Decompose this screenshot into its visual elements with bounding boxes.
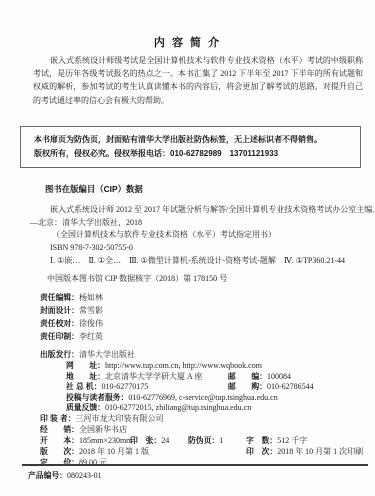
staff-row-proofreader: 责任校对：徐俊伟 [40, 318, 103, 329]
cip-series-note: （全国计算机技术与软件专业技术资格（水平）考试指定用书） [52, 229, 276, 240]
quality-feedback-value: 010-62772015, zhiliang@tup.tsinghua.edu.… [105, 403, 251, 412]
cover-design-label: 封面设计： [40, 306, 79, 315]
website-label: 网 址： [66, 361, 105, 370]
footer-divider-line [22, 464, 368, 466]
proofreader-label: 责任校对： [40, 319, 79, 328]
address-row: 地 址：北京清华大学学研大厦 A 座 [66, 371, 202, 382]
cip-heading: 图书在版编目（CIP）数据 [45, 184, 143, 195]
anti-fake-pages-row: 防伪页：1 [188, 435, 223, 446]
impression-label: 印 次： [246, 447, 277, 456]
anti-fake-pages-label: 防伪页： [188, 436, 219, 445]
printer-value: 三河市龙大印装有限公司 [76, 414, 164, 423]
word-count-row: 字 数：512 千字 [246, 435, 307, 446]
word-count-label: 字 数： [246, 436, 277, 445]
postcode-row: 邮 编：100084 [228, 371, 291, 382]
address-label: 地 址： [66, 372, 105, 381]
anti-piracy-line-1: 本书扉页为防伪页，封面贴有清华大学出版社防伪标签，无上述标识者不得销售。 [34, 133, 352, 147]
staff-row-print-supervisor: 责任印制：李红英 [40, 331, 103, 342]
website-urls: http://www.tup.com.cn, http://www.wqbook… [105, 361, 262, 370]
switchboard-label: 社 总 机： [66, 382, 102, 391]
editor-name: 杨如林 [79, 293, 103, 302]
quality-feedback-row: 质量反馈：010-62772015, zhiliang@tup.tsinghua… [66, 402, 251, 413]
print-supervisor-label: 责任印制： [40, 332, 79, 341]
distributor-value: 全国新华书店 [79, 425, 127, 434]
quality-feedback-label: 质量反馈： [66, 403, 105, 412]
mail-order-label: 邮 购： [228, 382, 267, 391]
reader-service-label: 投稿与读者服务： [66, 393, 128, 402]
website-row: 网 址：http://www.tup.com.cn, http://www.wq… [66, 360, 262, 371]
switchboard-row: 社 总 机：010-62770175 [66, 381, 148, 392]
staff-row-editor: 责任编辑：杨如林 [40, 292, 103, 303]
anti-piracy-notice-box: 本书扉页为防伪页，封面贴有清华大学出版社防伪标签，无上述标识者不得销售。 版权所… [20, 126, 361, 168]
copyright-page: 内 容 简 介 嵌入式系统设计师级考试是全国计算机技术与软件专业技术资格（水平）… [0, 0, 375, 496]
product-number-row: 产品编号：080243-01 [28, 470, 102, 481]
proofreader-name: 徐俊伟 [79, 319, 103, 328]
postcode-label: 邮 编： [228, 372, 267, 381]
anti-fake-pages-value: 1 [219, 436, 223, 445]
reader-service-value: 010-62776969, c-service@tup.tsinghua.edu… [128, 393, 277, 402]
printer-label: 印 装 者： [40, 414, 76, 423]
postcode-value: 100084 [267, 372, 291, 381]
edition-label: 版 次： [40, 447, 79, 456]
cip-description: 嵌入式系统设计师 2012 至 2017 年试题分析与解答/全国计算机专业技术资… [50, 204, 374, 215]
print-supervisor-name: 李红英 [79, 332, 103, 341]
publisher-label: 出版发行： [40, 350, 79, 359]
publisher-row: 出版发行：清华大学出版社 [40, 349, 135, 360]
page-title: 内 容 简 介 [0, 34, 375, 50]
impression-row: 印 次：2018 年 10 月第 1 次印刷 [246, 446, 363, 457]
product-number-value: 080243-01 [67, 471, 102, 480]
reader-service-row: 投稿与读者服务：010-62776969, c-service@tup.tsin… [66, 392, 278, 403]
edition-value: 2018 年 10 月第 1 版 [79, 447, 149, 456]
address-value: 北京清华大学学研大厦 A 座 [105, 372, 202, 381]
format-label: 开 本： [40, 436, 79, 445]
cip-record-number: 中国版本图书馆 CIP 数据核字（2018）第 178150 号 [47, 273, 227, 284]
product-number-label: 产品编号： [28, 471, 67, 480]
intro-paragraph: 嵌入式系统设计师级考试是全国计算机技术与软件专业技术资格（水平）考试的中级职称考… [33, 54, 363, 107]
edition-row: 版 次：2018 年 10 月第 1 版 [40, 446, 149, 457]
cip-publisher-line: —北京：清华大学出版社，2018 [30, 217, 142, 228]
format-value: 185mm×230mm [79, 436, 132, 445]
isbn-number: ISBN 978-7-302-50755-0 [50, 242, 133, 253]
cover-design-name: 常雪影 [79, 306, 103, 315]
distributor-label: 经 销： [40, 425, 79, 434]
word-count-value: 512 千字 [277, 436, 307, 445]
sheets-label: 印 张： [130, 436, 161, 445]
impression-value: 2018 年 10 月第 1 次印刷 [277, 447, 363, 456]
staff-row-cover-design: 封面设计：常雪影 [40, 305, 103, 316]
anti-piracy-line-2: 版权所有，侵权必究。侵权举报电话：010-62782989 1370112193… [34, 147, 352, 161]
switchboard-value: 010-62770175 [102, 382, 149, 391]
distributor-row: 经 销：全国新华书店 [40, 424, 127, 435]
cip-classification: Ⅰ. ①嵌… Ⅱ. ①全… Ⅲ. ①微型计算机-系统设计-资格考试-题解 Ⅳ. … [50, 255, 345, 266]
mail-order-row: 邮 购：010-62786544 [228, 381, 314, 392]
sheets-value: 24 [161, 436, 169, 445]
editor-label: 责任编辑： [40, 293, 79, 302]
mail-order-value: 010-62786544 [267, 382, 314, 391]
publisher-name: 清华大学出版社 [79, 350, 135, 359]
sheets-row: 印 张：24 [130, 435, 169, 446]
printer-row: 印 装 者：三河市龙大印装有限公司 [40, 413, 164, 424]
format-row: 开 本：185mm×230mm [40, 435, 132, 446]
